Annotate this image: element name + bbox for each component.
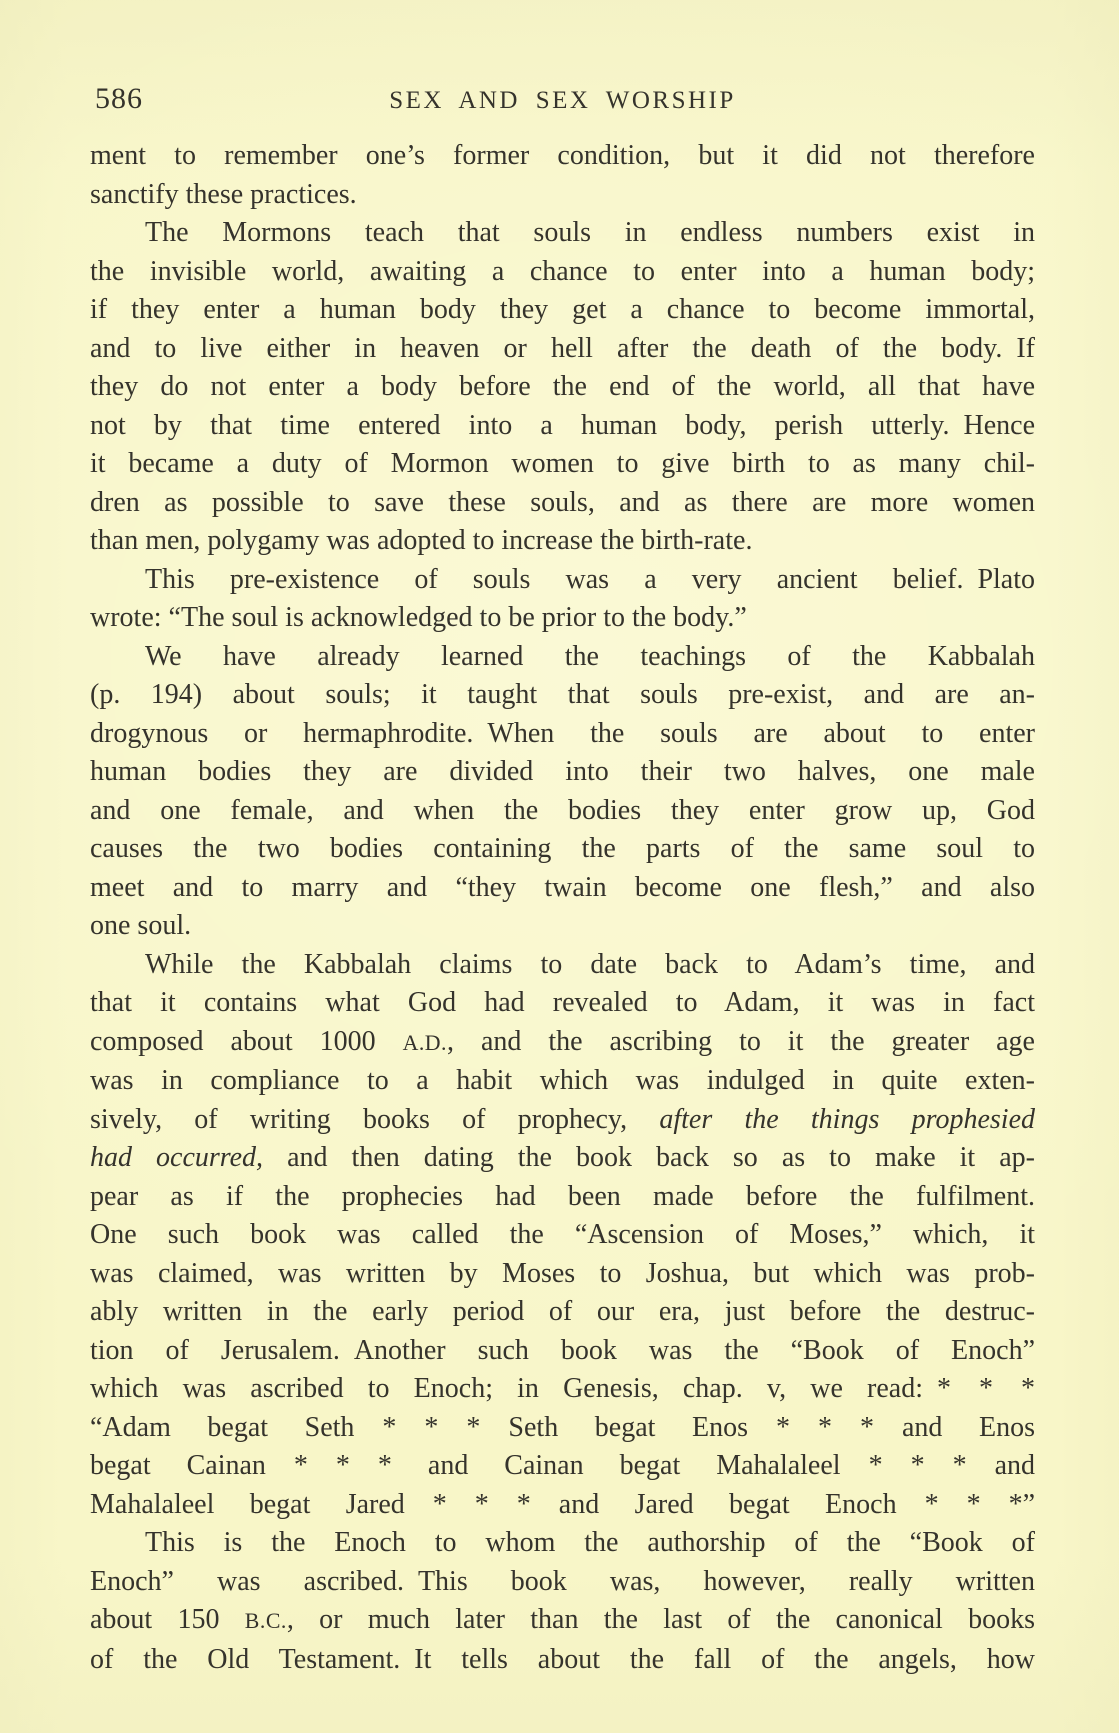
text-segment: the invisible world, awaiting a chance t… xyxy=(90,256,1035,287)
text-line: was in compliance to a habit which was i… xyxy=(90,1062,1035,1101)
text-line: (p. 194) about souls; it taught that sou… xyxy=(90,676,1035,715)
text-line: drogynous or hermaphrodite. When the sou… xyxy=(90,715,1035,754)
text-segment: was claimed, was written by Moses to Jos… xyxy=(90,1258,1035,1289)
text-line: the invisible world, awaiting a chance t… xyxy=(90,253,1035,292)
text-segment: meet and to marry and “they twain become… xyxy=(90,872,1035,903)
text-line: pear as if the prophecies had been made … xyxy=(90,1178,1035,1217)
text-segment: (p. 194) about souls; it taught that sou… xyxy=(90,679,1035,710)
text-line: ably written in the early period of our … xyxy=(90,1293,1035,1332)
text-segment: sanctify these practices. xyxy=(90,179,357,210)
text-segment: composed about 1000 xyxy=(90,1026,403,1057)
smallcaps-text: B.C. xyxy=(245,1609,287,1633)
text-segment: pear as if the prophecies had been made … xyxy=(90,1181,1035,1212)
text-segment: and one female, and when the bodies they… xyxy=(90,795,1035,826)
text-line: one soul. xyxy=(90,907,1035,946)
italic-text: had occurred, xyxy=(90,1142,263,1173)
running-header: SEX AND SEX WORSHIP xyxy=(90,87,1035,115)
text-segment: causes the two bodies containing the par… xyxy=(90,833,1035,864)
text-segment: that it contains what God had revealed t… xyxy=(90,987,1035,1018)
text-line: dren as possible to save these souls, an… xyxy=(90,484,1035,523)
text-segment: , or much later than the last of the can… xyxy=(287,1604,1035,1635)
text-segment: if they enter a human body they get a ch… xyxy=(90,294,1035,325)
text-line: if they enter a human body they get a ch… xyxy=(90,291,1035,330)
text-segment: “Adam begat Seth * * * Seth begat Enos *… xyxy=(90,1412,1035,1443)
text-line: had occurred, and then dating the book b… xyxy=(90,1139,1035,1178)
text-line: While the Kabbalah claims to date back t… xyxy=(90,946,1035,985)
text-segment: ably written in the early period of our … xyxy=(90,1296,1035,1327)
text-line: sanctify these practices. xyxy=(90,176,1035,215)
text-segment: and to live either in heaven or hell aft… xyxy=(90,333,1035,364)
text-segment: The Mormons teach that souls in endless … xyxy=(145,217,1035,248)
text-line: begat Cainan * * * and Cainan begat Maha… xyxy=(90,1447,1035,1486)
text-segment: of the Old Testament. It tells about the… xyxy=(90,1644,1035,1675)
text-segment: drogynous or hermaphrodite. When the sou… xyxy=(90,718,1035,749)
text-block: ment to remember one’s former condition,… xyxy=(90,137,1035,1679)
text-segment: about 150 xyxy=(90,1604,245,1635)
text-segment: This is the Enoch to whom the authorship… xyxy=(145,1527,1035,1558)
text-segment: human bodies they are divided into their… xyxy=(90,756,1035,787)
text-line: The Mormons teach that souls in endless … xyxy=(90,214,1035,253)
text-line: ment to remember one’s former condition,… xyxy=(90,137,1035,176)
text-line: not by that time entered into a human bo… xyxy=(90,407,1035,446)
text-segment: We have already learned the teachings of… xyxy=(145,641,1035,672)
text-line: they do not enter a body before the end … xyxy=(90,368,1035,407)
text-segment: Mahalaleel begat Jared * * * and Jared b… xyxy=(90,1489,1035,1520)
text-segment: One such book was called the “Ascension … xyxy=(90,1219,1035,1250)
text-segment: wrote: “The soul is acknowledged to be p… xyxy=(90,602,747,633)
text-line: sively, of writing books of prophecy, af… xyxy=(90,1101,1035,1140)
text-line: “Adam begat Seth * * * Seth begat Enos *… xyxy=(90,1409,1035,1448)
text-line: and one female, and when the bodies they… xyxy=(90,792,1035,831)
text-segment: sively, of writing books of prophecy, xyxy=(90,1104,659,1135)
text-line: composed about 1000 A.D., and the ascrib… xyxy=(90,1023,1035,1063)
text-line: One such book was called the “Ascension … xyxy=(90,1216,1035,1255)
text-line: was claimed, was written by Moses to Jos… xyxy=(90,1255,1035,1294)
text-segment: tion of Jerusalem. Another such book was… xyxy=(90,1335,1035,1366)
text-segment: This pre-existence of souls was a very a… xyxy=(145,564,1035,595)
italic-text: after the things prophesied xyxy=(659,1104,1035,1135)
text-line: tion of Jerusalem. Another such book was… xyxy=(90,1332,1035,1371)
text-segment: , and the ascribing to it the greater ag… xyxy=(447,1026,1035,1057)
text-segment: Enoch” was ascribed. This book was, howe… xyxy=(90,1566,1035,1597)
text-line: This pre-existence of souls was a very a… xyxy=(90,561,1035,600)
text-line: wrote: “The soul is acknowledged to be p… xyxy=(90,599,1035,638)
text-segment: dren as possible to save these souls, an… xyxy=(90,487,1035,518)
text-line: causes the two bodies containing the par… xyxy=(90,830,1035,869)
smallcaps-text: A.D. xyxy=(403,1031,447,1055)
text-line: which was ascribed to Enoch; in Genesis,… xyxy=(90,1370,1035,1409)
text-segment: begat Cainan * * * and Cainan begat Maha… xyxy=(90,1450,1035,1481)
text-segment: was in compliance to a habit which was i… xyxy=(90,1065,1035,1096)
text-line: it became a duty of Mormon women to give… xyxy=(90,445,1035,484)
text-line: We have already learned the teachings of… xyxy=(90,638,1035,677)
text-segment: than men, polygamy was adopted to increa… xyxy=(90,525,752,556)
text-line: human bodies they are divided into their… xyxy=(90,753,1035,792)
text-segment: not by that time entered into a human bo… xyxy=(90,410,1035,441)
text-line: This is the Enoch to whom the authorship… xyxy=(90,1524,1035,1563)
text-line: than men, polygamy was adopted to increa… xyxy=(90,522,1035,561)
text-line: that it contains what God had revealed t… xyxy=(90,984,1035,1023)
text-segment: ment to remember one’s former condition,… xyxy=(90,140,1035,171)
text-segment: one soul. xyxy=(90,910,191,941)
text-segment: and then dating the book back so as to m… xyxy=(263,1142,1035,1173)
text-line: about 150 B.C., or much later than the l… xyxy=(90,1601,1035,1641)
text-line: Enoch” was ascribed. This book was, howe… xyxy=(90,1563,1035,1602)
text-line: Mahalaleel begat Jared * * * and Jared b… xyxy=(90,1486,1035,1525)
text-segment: they do not enter a body before the end … xyxy=(90,371,1035,402)
text-segment: which was ascribed to Enoch; in Genesis,… xyxy=(90,1373,1035,1404)
text-line: and to live either in heaven or hell aft… xyxy=(90,330,1035,369)
text-line: meet and to marry and “they twain become… xyxy=(90,869,1035,908)
text-segment: it became a duty of Mormon women to give… xyxy=(90,448,1035,479)
text-line: of the Old Testament. It tells about the… xyxy=(90,1641,1035,1680)
text-segment: While the Kabbalah claims to date back t… xyxy=(145,949,1035,980)
